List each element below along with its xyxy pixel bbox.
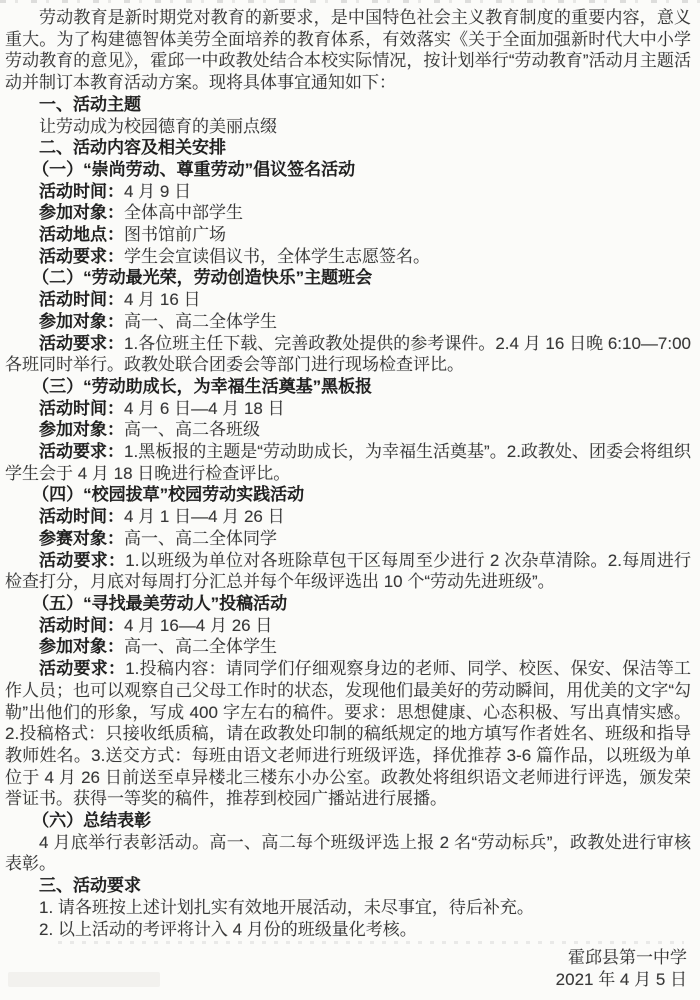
field-line: 活动要求：学生会宣读倡议书，全体学生志愿签名。 (5, 246, 691, 268)
field-label: 参加对象： (39, 203, 124, 222)
field-value: 4 月 9 日 (124, 182, 191, 201)
field-value: 4 月 6 日—4 月 18 日 (124, 399, 285, 418)
scan-noise-artifact (58, 941, 684, 944)
field-line: 活动要求：1.以班级为单位对各班除草包干区每周至少进行 2 次杂草清除。2.每周… (5, 550, 691, 593)
activity-2-heading: （二）“劳动最光荣，劳动创造快乐”主题班会 (5, 267, 691, 289)
field-value: 4 月 16 日 (124, 290, 201, 309)
field-line: 参加对象：高一、高二各班级 (5, 419, 691, 441)
theme-text: 让劳动成为校园德育的美丽点缀 (5, 116, 691, 138)
activity-6-body: 4 月底举行表彰活动。高一、高二每个班级评选上报 2 名“劳动标兵”，政教处进行… (5, 832, 691, 875)
field-label: 活动要求： (39, 659, 125, 678)
field-line: 参赛对象：高一、高二全体同学 (5, 528, 691, 550)
field-label: 活动要求： (39, 334, 124, 353)
activity-block-5: （五）“寻找最美劳动人”投稿活动 活动时间：4 月 16—4 月 26 日 参加… (5, 593, 691, 810)
field-line: 参加对象：高一、高二全体学生 (5, 311, 691, 333)
scan-smudge-artifact (8, 972, 160, 987)
activity-6-heading: （六）总结表彰 (5, 810, 691, 832)
field-label: 活动时间： (39, 290, 124, 309)
field-line: 参加对象：全体高中部学生 (5, 202, 691, 224)
field-line: 活动要求：1.投稿内容：请同学们仔细观察身边的老师、同学、校医、保安、保洁等工作… (5, 658, 691, 810)
field-value: 1.投稿内容：请同学们仔细观察身边的老师、同学、校医、保安、保洁等工作人员；也可… (5, 659, 691, 808)
field-line: 活动要求：1.黑板报的主题是“劳动助成长，为幸福生活奠基”。2.政教处、团委会将… (5, 441, 691, 484)
field-label: 活动时间： (39, 616, 124, 635)
field-value: 图书馆前广场 (124, 225, 226, 244)
field-label: 参加对象： (39, 637, 124, 656)
field-label: 参加对象： (39, 312, 124, 331)
field-label: 活动要求： (39, 247, 124, 266)
requirement-item-2: 2. 以上活动的考评将计入 4 月份的班级量化考核。 (5, 919, 691, 941)
field-value: 学生会宣读倡议书，全体学生志愿签名。 (124, 247, 430, 266)
activity-block-1: （一）“崇尚劳动、尊重劳动”倡议签名活动 活动时间：4 月 9 日 参加对象：全… (5, 159, 691, 268)
field-value: 高一、高二全体学生 (124, 312, 277, 331)
field-value: 全体高中部学生 (124, 203, 243, 222)
field-value: 4 月 1 日—4 月 26 日 (124, 507, 285, 526)
section-1-heading: 一、活动主题 (5, 94, 691, 116)
field-line: 参加对象：高一、高二全体学生 (5, 636, 691, 658)
requirement-item-1: 1. 请各班按上述计划扎实有效地开展活动，未尽事宜，待后补充。 (5, 897, 691, 919)
activity-block-4: （四）“校园拔草”校园劳动实践活动 活动时间：4 月 1 日—4 月 26 日 … (5, 484, 691, 593)
document-page: 劳动教育是新时期党对教育的新要求，是中国特色社会主义教育制度的重要内容，意义重大… (0, 0, 700, 991)
field-line: 活动时间：4 月 9 日 (5, 181, 691, 203)
section-3-heading: 三、活动要求 (5, 875, 691, 897)
activity-3-heading: （三）“劳动助成长，为幸福生活奠基”黑板报 (5, 376, 691, 398)
field-label: 活动要求： (39, 442, 124, 461)
field-line: 活动地点：图书馆前广场 (5, 224, 691, 246)
field-label: 参赛对象： (39, 529, 124, 548)
activity-block-6: （六）总结表彰 4 月底举行表彰活动。高一、高二每个班级评选上报 2 名“劳动标… (5, 810, 691, 875)
field-value: 高一、高二各班级 (124, 420, 260, 439)
field-line: 活动时间：4 月 6 日—4 月 18 日 (5, 398, 691, 420)
field-line: 活动时间：4 月 16—4 月 26 日 (5, 615, 691, 637)
activity-4-heading: （四）“校园拔草”校园劳动实践活动 (5, 484, 691, 506)
field-value: 高一、高二全体同学 (124, 529, 277, 548)
activity-block-2: （二）“劳动最光荣，劳动创造快乐”主题班会 活动时间：4 月 16 日 参加对象… (5, 267, 691, 376)
field-label: 活动时间： (39, 507, 124, 526)
field-value: 高一、高二全体学生 (124, 637, 277, 656)
field-line: 活动时间：4 月 1 日—4 月 26 日 (5, 506, 691, 528)
field-value: 4 月 16—4 月 26 日 (124, 616, 272, 635)
field-label: 活动时间： (39, 399, 124, 418)
section-2-heading: 二、活动内容及相关安排 (5, 137, 691, 159)
field-label: 活动时间： (39, 182, 124, 201)
field-line: 活动时间：4 月 16 日 (5, 289, 691, 311)
field-line: 活动要求：1.各位班主任下载、完善政教处提供的参考课件。2.4 月 16 日晚 … (5, 333, 691, 376)
field-label: 活动要求： (39, 551, 125, 570)
field-label: 活动地点： (39, 225, 124, 244)
field-label: 参加对象： (39, 420, 124, 439)
activity-1-heading: （一）“崇尚劳动、尊重劳动”倡议签名活动 (5, 159, 691, 181)
signature-school: 霍邱县第一中学 (5, 947, 687, 969)
activity-block-3: （三）“劳动助成长，为幸福生活奠基”黑板报 活动时间：4 月 6 日—4 月 1… (5, 376, 691, 485)
activity-5-heading: （五）“寻找最美劳动人”投稿活动 (5, 593, 691, 615)
intro-paragraph: 劳动教育是新时期党对教育的新要求，是中国特色社会主义教育制度的重要内容，意义重大… (5, 7, 691, 94)
